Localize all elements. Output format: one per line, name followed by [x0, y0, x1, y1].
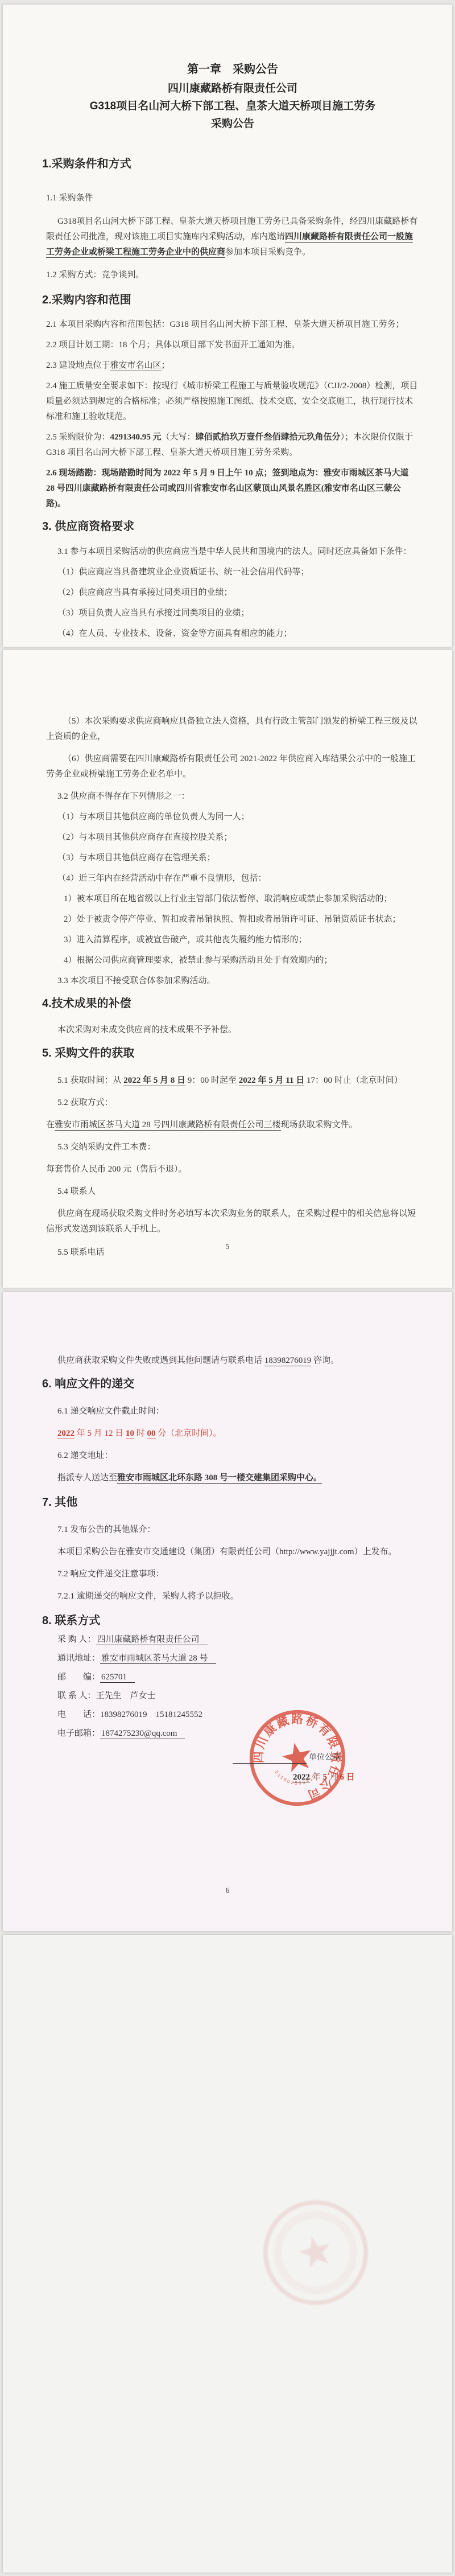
para-6-2-detail: 指派专人送达至雅安市雨城区北环东路 308 号一楼交建集团采购中心。	[57, 1470, 419, 1486]
date-underline: 2022 年 5 月 11 日	[239, 1076, 304, 1086]
signature-line	[233, 1763, 307, 1764]
address-value: 雅安市雨城区茶马大道 28 号	[100, 1654, 216, 1664]
para-1-1: G318项目名山河大桥下部工程、皇茶大道天桥项目施工劳务已具备采购条件，经四川康…	[46, 214, 419, 260]
para-text: 参加本项目采购竞争。	[225, 248, 311, 257]
para-text: 时	[134, 1429, 147, 1438]
contact-label: 联 系 人：	[57, 1691, 96, 1700]
para-3-2-item-3: （3）与本项目其他供应商存在管理关系；	[57, 851, 419, 866]
seal-date-sep: 年	[310, 1773, 323, 1782]
postcode-value: 625701	[100, 1673, 135, 1683]
para-text: 9：00 时起至	[185, 1076, 239, 1085]
para-3-1-item-1: （1）供应商应当具备建筑业企业资质证书、统一社会信用代码等；	[57, 565, 419, 580]
contact-row-email: 电子邮箱：1874275230@qq.com	[57, 1727, 419, 1741]
page-3: 供应商获取采购文件失败或遇到其他问题请与联系电话 18398276019 咨询。…	[3, 1292, 452, 1931]
para-text: 17：00 时止（北京时间）	[304, 1076, 403, 1085]
para-3-1: 3.1 参与本项目采购活动的供应商应当是中华人民共和国境内的法人。同时还应具备如…	[57, 544, 419, 560]
seal-date-day: 6	[340, 1773, 345, 1782]
page-number-5: 5	[3, 1239, 452, 1255]
contact-label: 邮 编：	[57, 1673, 100, 1682]
para-3-2-sub-1: 1）被本项目所在地省级以上行业主管部门依法暂停、取消响应或禁止参加采购活动的；	[64, 891, 419, 907]
date-underline: 2022 年 5 月 8 日	[123, 1076, 185, 1086]
heading-6: 6. 响应文件的递交	[42, 1377, 419, 1391]
para-3-2-sub-2: 2）处于被责令停产停业、暂扣或者吊销执照、暂扣或者吊销许可证、吊销资质证书状态；	[64, 912, 419, 927]
para-2-4: 2.4 施工质量安全要求如下：按现行《城市桥梁工程施工与质量验收规范》（CJJ/…	[46, 379, 419, 425]
para-6-2: 6.2 递交地址：	[57, 1448, 419, 1464]
para-text: 供应商获取采购文件失败或遇到其他问题请与联系电话	[57, 1356, 264, 1365]
scanned-document: 第一章 采购公告 四川康藏路桥有限责任公司 G318项目名山河大桥下部工程、皇茶…	[0, 0, 455, 2576]
para-text: 咨询。	[311, 1356, 339, 1365]
para-2-5: 2.5 采购限价为：4291340.95 元（大写：肆佰贰拾玖万壹仟叁佰肆拾元玖…	[46, 430, 419, 461]
para-7-1: 7.1 发布公告的其他媒介：	[57, 1522, 419, 1538]
para-5-2-detail: 在雅安市雨城区茶马大道 28 号四川康藏路桥有限责任公司三楼现场获取采购文件。	[46, 1118, 419, 1133]
para-2-6: 2.6 现场踏勘：现场踏勘时间为 2022 年 5 月 9 日上午 10 点；签…	[46, 466, 419, 512]
contact-row-person: 联 系 人：王先生 芦女士	[57, 1689, 419, 1703]
para-3-2-item-1: （1）与本项目其他供应商的单位负责人为同一人；	[57, 810, 419, 825]
person-value: 王先生 芦女士	[96, 1691, 156, 1700]
para-3-3: 3.3 本次项目不接受联合体参加采购活动。	[57, 973, 419, 989]
page-2-content: （5）本次采购要求供应商响应具备独立法人资格，具有行政主管部门颁发的桥梁工程三级…	[3, 650, 452, 1288]
page-number-6: 6	[3, 1883, 452, 1899]
email-value: 1874275230@qq.com	[100, 1729, 185, 1739]
para-3-2-sub-3: 3）进入清算程序，或被宣告破产，或其他丧失履约能力情形的；	[64, 932, 419, 948]
page-1: 第一章 采购公告 四川康藏路桥有限责任公司 G318项目名山河大桥下部工程、皇茶…	[3, 5, 452, 647]
para-5-5-detail: 供应商获取采购文件失败或遇到其他问题请与联系电话 18398276019 咨询。	[46, 1353, 419, 1369]
purchaser-value: 四川康藏路桥有限责任公司	[96, 1635, 208, 1645]
project-title: G318项目名山河大桥下部工程、皇茶大道天桥项目施工劳务	[46, 97, 419, 115]
para-underline: 雅安市名山区	[110, 361, 162, 371]
seal-date-sep: 日	[344, 1773, 355, 1782]
deadline-underline: 10	[126, 1429, 134, 1439]
para-5-4: 5.4 联系人	[57, 1184, 419, 1199]
para-2-2: 2.2 项目计划工期：18 个月；具体以项目部下发书面开工通知为准。	[46, 338, 419, 353]
para-text: ；	[162, 361, 170, 370]
para-3-1-item-3: （3）项目负责人应当具有承接过同类项目的业绩；	[57, 606, 419, 621]
contact-label: 电 话：	[57, 1710, 100, 1719]
seal-overlay-label: 单位公章	[309, 1750, 341, 1765]
deadline-underline: 2022	[57, 1429, 75, 1439]
para-3-2-item-4: （4）近三年内在经营活动中存在严重不良情形，包括：	[57, 871, 419, 886]
para-4: 本次采购对未成交供应商的技术成果不予补偿。	[57, 1022, 419, 1038]
para-1-2: 1.2 采购方式：竞争谈判。	[46, 268, 419, 283]
para-text: （大写：	[162, 433, 196, 442]
para-3-2-sub-4: 4）根据公司供应商管理要求，被禁止参与采购活动且处于有效期内的；	[64, 953, 419, 968]
seal-bleed-through-ghost	[248, 2185, 383, 2320]
contact-row-purchaser: 采 购 人：四川康藏路桥有限责任公司	[57, 1633, 419, 1647]
para-5-2: 5.2 获取方式：	[57, 1095, 419, 1111]
contact-row-postcode: 邮 编：625701	[57, 1670, 419, 1685]
para-3-1-item-5: （5）本次采购要求供应商响应具备独立法人资格，具有行政主管部门颁发的桥梁工程三级…	[46, 714, 419, 745]
price-amount-caps: 肆佰贰拾玖万壹仟叁佰肆拾元玖角伍分	[196, 433, 341, 442]
para-text: 年 5 月 12 日	[75, 1429, 126, 1438]
contact-label: 采 购 人：	[57, 1635, 96, 1644]
para-2-1: 2.1 本项目采购内容和范围包括：G318 项目名山河大桥下部工程、皇茶大道天桥…	[46, 317, 419, 332]
page-3-content: 供应商获取采购文件失败或遇到其他问题请与联系电话 18398276019 咨询。…	[3, 1292, 452, 1931]
para-text: 分（北京时间）。	[156, 1429, 222, 1438]
page-1-content: 第一章 采购公告 四川康藏路桥有限责任公司 G318项目名山河大桥下部工程、皇茶…	[3, 59, 452, 701]
heading-3: 3. 供应商资格要求	[42, 519, 419, 534]
para-3-1-item-6: （6）供应商需要在四川康藏路桥有限责任公司 2021-2022 年供应商入库结果…	[46, 751, 419, 782]
phone-value: 18398276019 15181245552	[100, 1710, 202, 1719]
contact-row-address: 通讯地址：雅安市雨城区茶马大道 28 号	[57, 1651, 419, 1666]
para-3-1-item-4: （4）在人员、专业技术、设备、资金等方面具有相应的能力；	[57, 626, 419, 642]
page-2: （5）本次采购要求供应商响应具备独立法人资格，具有行政主管部门颁发的桥梁工程三级…	[3, 650, 452, 1288]
heading-1: 1.采购条件和方式	[42, 157, 419, 171]
seal-date-sep: 月	[327, 1773, 340, 1782]
page-4	[3, 1935, 452, 2573]
para-5-3: 5.3 交纳采购文件工本费：	[57, 1140, 419, 1155]
price-amount: 4291340.95 元	[110, 433, 162, 442]
heading-4: 4.技术成果的补偿	[42, 996, 419, 1011]
address-underline: 雅安市雨城区北环东路 308 号一楼交建集团采购中心。	[117, 1473, 322, 1484]
para-5-1: 5.1 获取时间：从 2022 年 5 月 8 日 9：00 时起至 2022 …	[57, 1073, 419, 1088]
heading-8: 8. 联系方式	[42, 1613, 419, 1628]
para-3-1-item-2: （2）供应商应当具有承接过同类项目的业绩；	[57, 585, 419, 601]
para-text: 在	[46, 1120, 55, 1129]
seal-date: 2022 年 5 月 6 日	[293, 1770, 355, 1785]
contact-label: 通讯地址：	[57, 1654, 100, 1663]
seal-date-month: 5	[323, 1773, 328, 1782]
chapter-title: 第一章 采购公告	[46, 59, 419, 80]
para-text: 5.1 获取时间：从	[57, 1076, 123, 1085]
address-underline: 雅安市雨城区茶马大道 28 号四川康藏路桥有限责任公司三楼	[55, 1120, 281, 1131]
para-7-1-detail: 本项目采购公告在雅安市交通建设（集团）有限责任公司（http://www.yaj…	[57, 1544, 419, 1560]
para-text: 现场获取采购文件。	[281, 1120, 358, 1129]
sub-1-1: 1.1 采购条件	[46, 191, 419, 206]
para-3-2: 3.2 供应商不得存在下列情形之一：	[57, 789, 419, 804]
deadline-underline: 00	[147, 1429, 156, 1439]
para-5-3-detail: 每套售价人民币 200 元（售后不退）。	[46, 1162, 419, 1177]
heading-5: 5. 采购文件的获取	[42, 1046, 419, 1061]
para-6-1: 6.1 递交响应文件截止时间：	[57, 1404, 419, 1419]
heading-2: 2.采购内容和范围	[42, 293, 419, 307]
para-6-1-deadline: 2022 年 5 月 12 日 10 时 00 分（北京时间）。	[57, 1426, 419, 1441]
company-title: 四川康藏路桥有限责任公司	[46, 80, 419, 97]
phone-underline: 18398276019	[264, 1356, 312, 1366]
para-2-3: 2.3 建设地点位于雅安市名山区；	[46, 358, 419, 373]
para-7-2-1: 7.2.1 逾期递交的响应文件，采购人将予以拒收。	[57, 1589, 419, 1604]
para-text: 指派专人送达至	[57, 1473, 117, 1482]
document-title-block: 第一章 采购公告 四川康藏路桥有限责任公司 G318项目名山河大桥下部工程、皇茶…	[46, 59, 419, 133]
announcement-subtitle: 采购公告	[46, 115, 419, 133]
para-7-2: 7.2 响应文件递交注意事项：	[57, 1567, 419, 1582]
seal-date-year: 2022	[293, 1773, 310, 1782]
para-text: 2.3 建设地点位于	[46, 361, 110, 370]
contact-label: 电子邮箱：	[57, 1729, 100, 1738]
para-3-2-item-2: （2）与本项目其他供应商存在直接控股关系；	[57, 830, 419, 845]
heading-7: 7. 其他	[42, 1495, 419, 1510]
para-text: 2.5 采购限价为：	[46, 433, 110, 442]
para-5-4-detail: 供应商在现场获取采购文件时务必填写本次采购业务的联系人，在采购过程中的相关信息将…	[46, 1206, 419, 1237]
